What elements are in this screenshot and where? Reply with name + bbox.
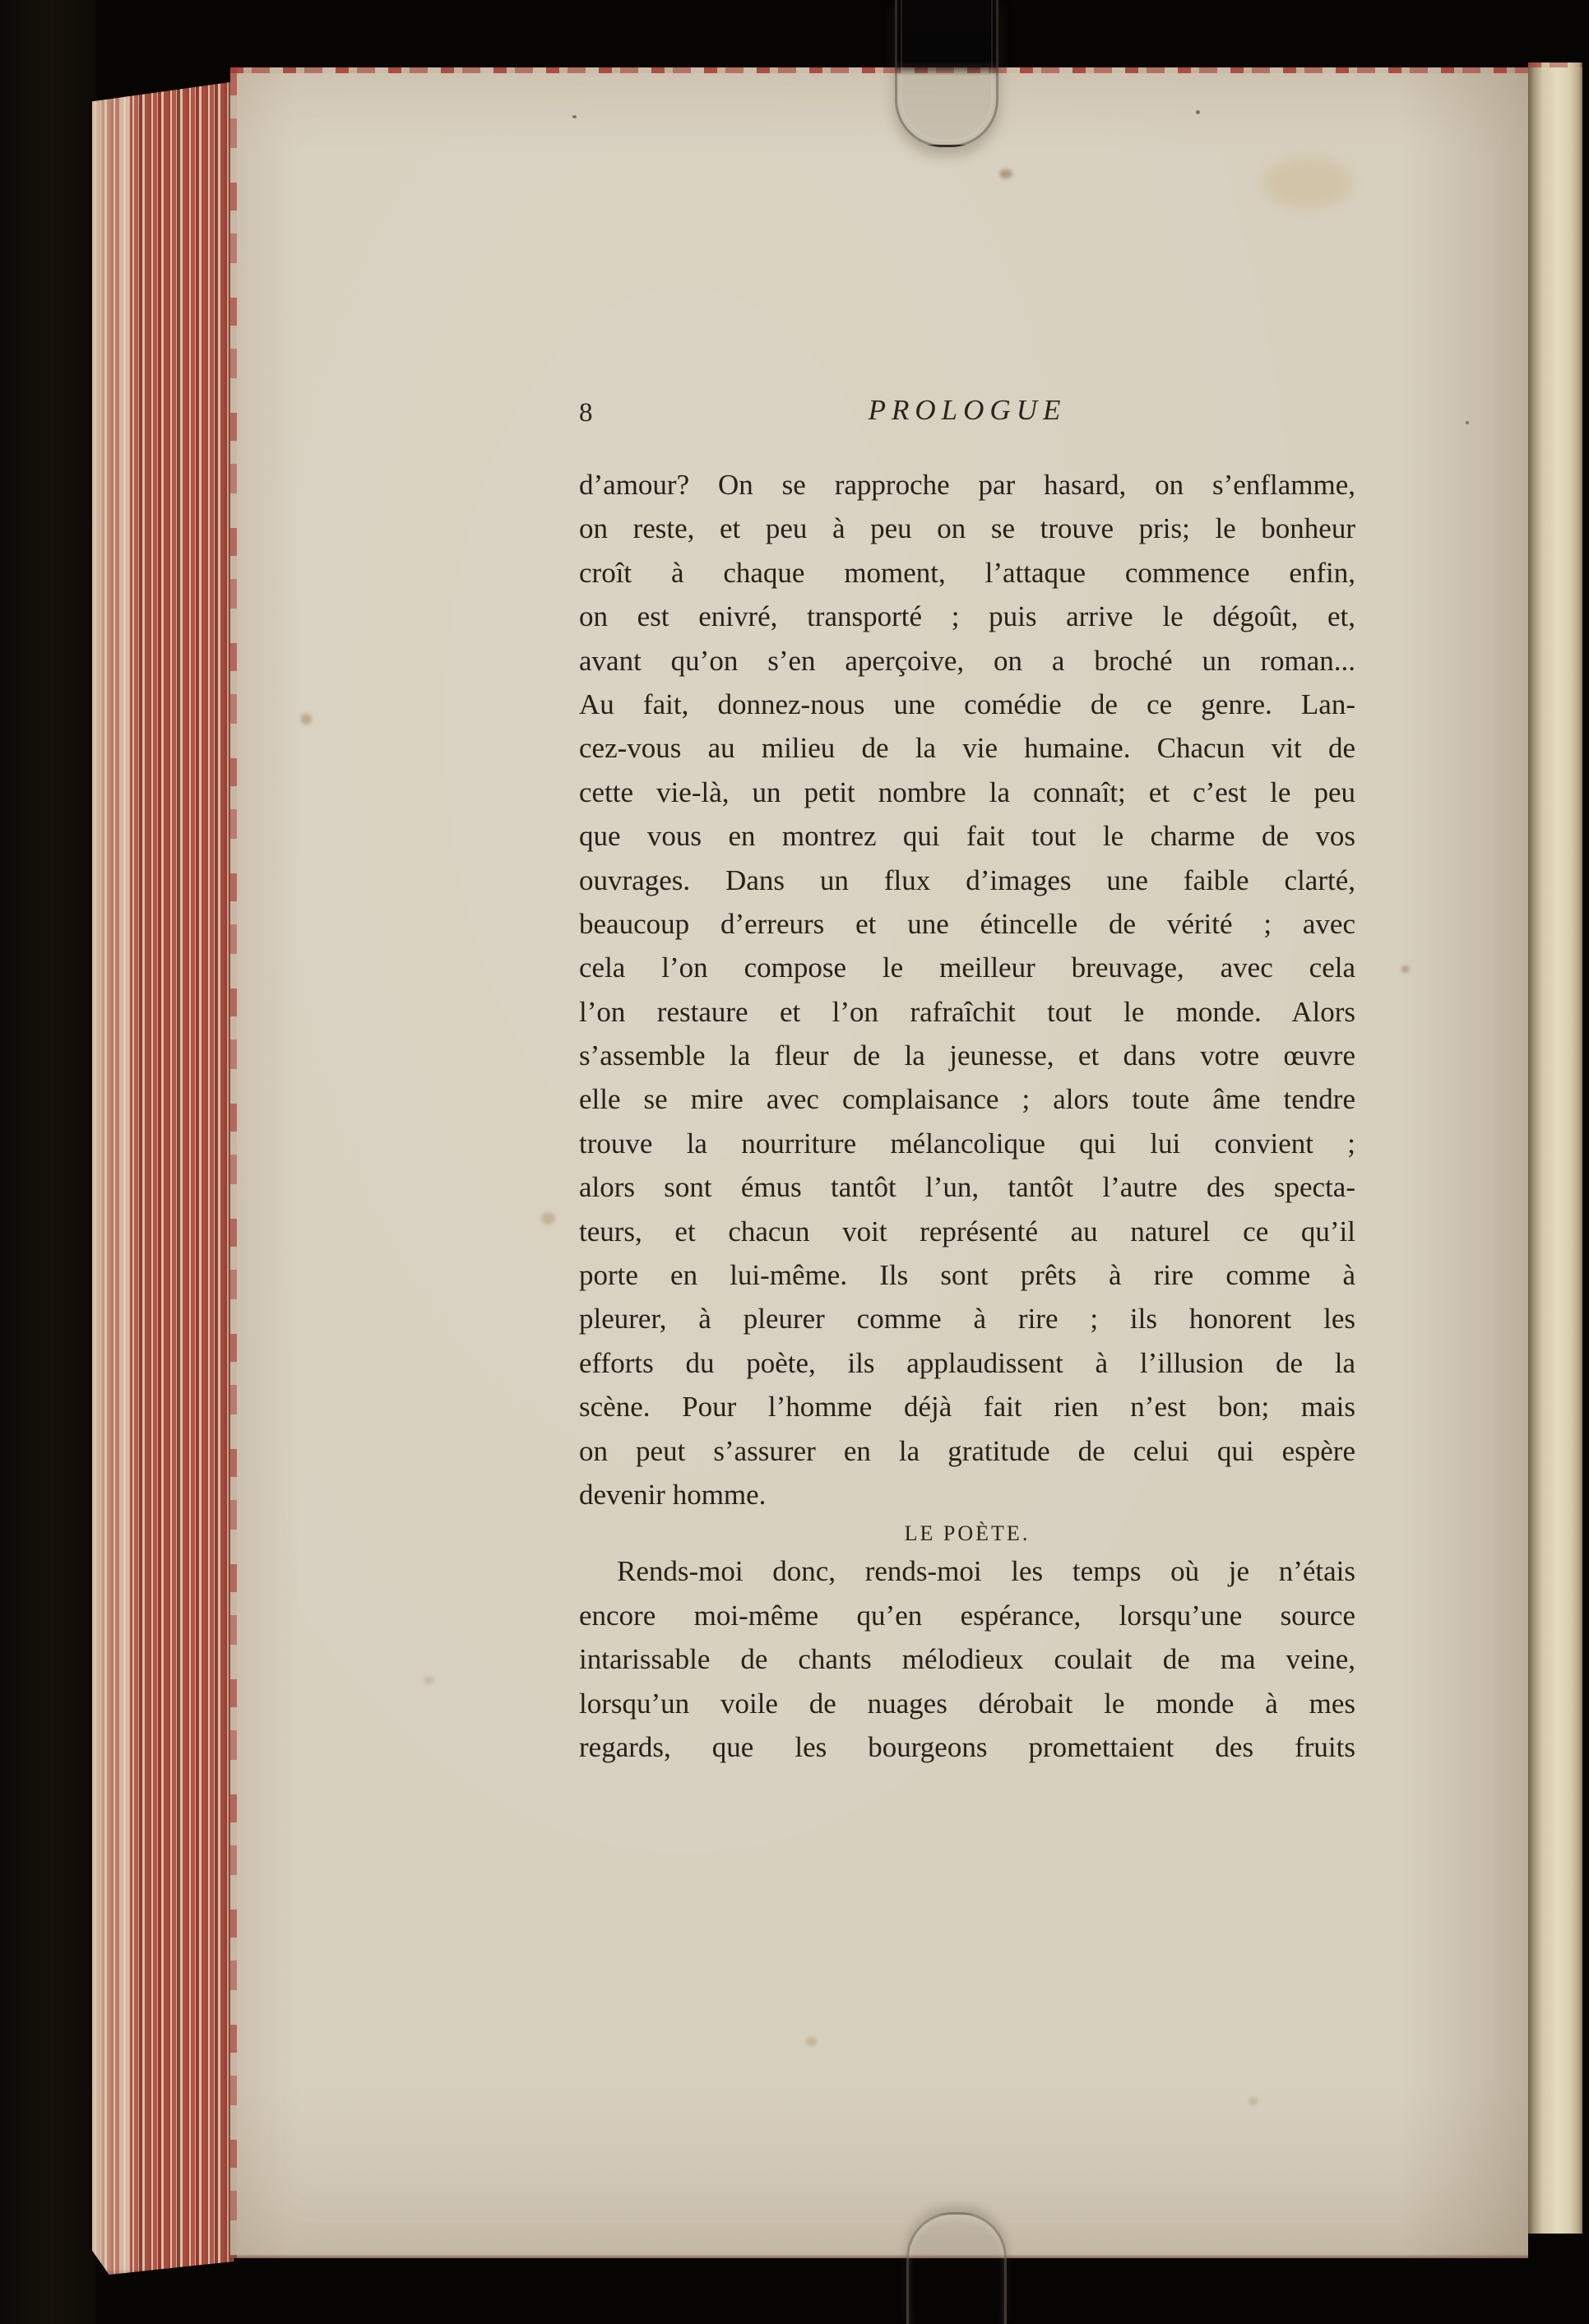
- text-line: on peut s’assurer en la gratitude de cel…: [579, 1429, 1355, 1473]
- paragraph-2: Rends-moi donc, rends-moi les temps où j…: [579, 1549, 1355, 1769]
- body-text: d’amour? On se rapproche par hasard, on …: [579, 463, 1355, 1769]
- text-line: cela l’on compose le meilleur breuvage, …: [579, 946, 1355, 989]
- text-line: l’on restaure et l’on rafraîchit tout le…: [579, 990, 1355, 1034]
- text-line: porte en lui-même. Ils sont prêts à rire…: [579, 1253, 1355, 1297]
- text-line: scène. Pour l’homme déjà fait rien n’est…: [579, 1385, 1355, 1428]
- page-title: PROLOGUE: [579, 391, 1355, 429]
- text-line: croît à chaque moment, l’attaque commenc…: [579, 551, 1355, 595]
- text-line: trouve la nourriture mélancolique qui lu…: [579, 1122, 1355, 1165]
- text-line: cez-vous au milieu de la vie humaine. Ch…: [579, 726, 1355, 770]
- page-number: 8: [579, 400, 594, 427]
- text-line: encore moi-même qu’en espérance, lorsqu’…: [579, 1594, 1355, 1637]
- book-holder-clip-top: [895, 0, 998, 147]
- foxing-spot: [1248, 2097, 1258, 2105]
- text-line: lorsqu’un voile de nuages dérobait le mo…: [579, 1682, 1355, 1725]
- page-bottom-edge-shadow: [230, 2254, 1528, 2258]
- foxing-spot: [806, 2037, 817, 2046]
- foxing-spot: [1401, 965, 1409, 973]
- text-line: intarissable de chants mélodieux coulait…: [579, 1637, 1355, 1681]
- book-cover-edge: [0, 0, 95, 2324]
- foxing-spot: [999, 169, 1012, 178]
- red-stained-page-edges: [92, 77, 234, 2275]
- text-line: Au fait, donnez-nous une comédie de ce g…: [579, 683, 1355, 726]
- text-line: pleurer, à pleurer comme à rire ; ils ho…: [579, 1297, 1355, 1340]
- page-left-red-stain: [230, 67, 237, 2258]
- text-line: cette vie-là, un petit nombre la connaît…: [579, 771, 1355, 814]
- text-line: on reste, et peu à peu on se trouve pris…: [579, 507, 1355, 550]
- foxing-stain: [1262, 156, 1353, 209]
- text-line: regards, que les bourgeons promettaient …: [579, 1725, 1355, 1769]
- speaker-heading: LE POÈTE.: [579, 1516, 1355, 1549]
- text-line: que vous en montrez qui fait tout le cha…: [579, 814, 1355, 858]
- running-head: 8 PROLOGUE: [579, 391, 1355, 434]
- text-line: ouvrages. Dans un flux d’images une faib…: [579, 859, 1355, 902]
- text-line: s’assemble la fleur de la jeunesse, et d…: [579, 1034, 1355, 1077]
- page-top-red-stain: [230, 67, 1528, 73]
- facing-page-edge: [1528, 62, 1582, 2234]
- foxing-spot: [541, 1212, 555, 1224]
- text-line: beaucoup d’erreurs et une étincelle de v…: [579, 902, 1355, 946]
- text-line: on est enivré, transporté ; puis arrive …: [579, 595, 1355, 638]
- foxing-spot: [424, 1676, 433, 1684]
- book-page: 8 PROLOGUE d’amour? On se rapproche par …: [230, 67, 1528, 2258]
- facing-page-red-stain: [1528, 62, 1582, 67]
- paper-speck: [1466, 421, 1469, 424]
- text-line: efforts du poète, ils applaudissent à l’…: [579, 1341, 1355, 1385]
- book-holder-clip-bottom: [906, 2212, 1007, 2324]
- paper-speck: [1196, 110, 1200, 114]
- paragraph-1: d’amour? On se rapproche par hasard, on …: [579, 463, 1355, 1516]
- paper-speck: [572, 115, 577, 118]
- text-line: devenir homme.: [579, 1473, 1355, 1516]
- text-line: d’amour? On se rapproche par hasard, on …: [579, 463, 1355, 507]
- foxing-spot: [301, 714, 312, 725]
- text-line: alors sont émus tantôt l’un, tantôt l’au…: [579, 1165, 1355, 1209]
- text-line: teurs, et chacun voit représenté au natu…: [579, 1210, 1355, 1253]
- book-scan-photo: 8 PROLOGUE d’amour? On se rapproche par …: [0, 0, 1589, 2324]
- text-line: Rends-moi donc, rends-moi les temps où j…: [579, 1549, 1355, 1593]
- text-line: elle se mire avec complaisance ; alors t…: [579, 1077, 1355, 1121]
- text-line: avant qu’on s’en aperçoive, on a broché …: [579, 639, 1355, 683]
